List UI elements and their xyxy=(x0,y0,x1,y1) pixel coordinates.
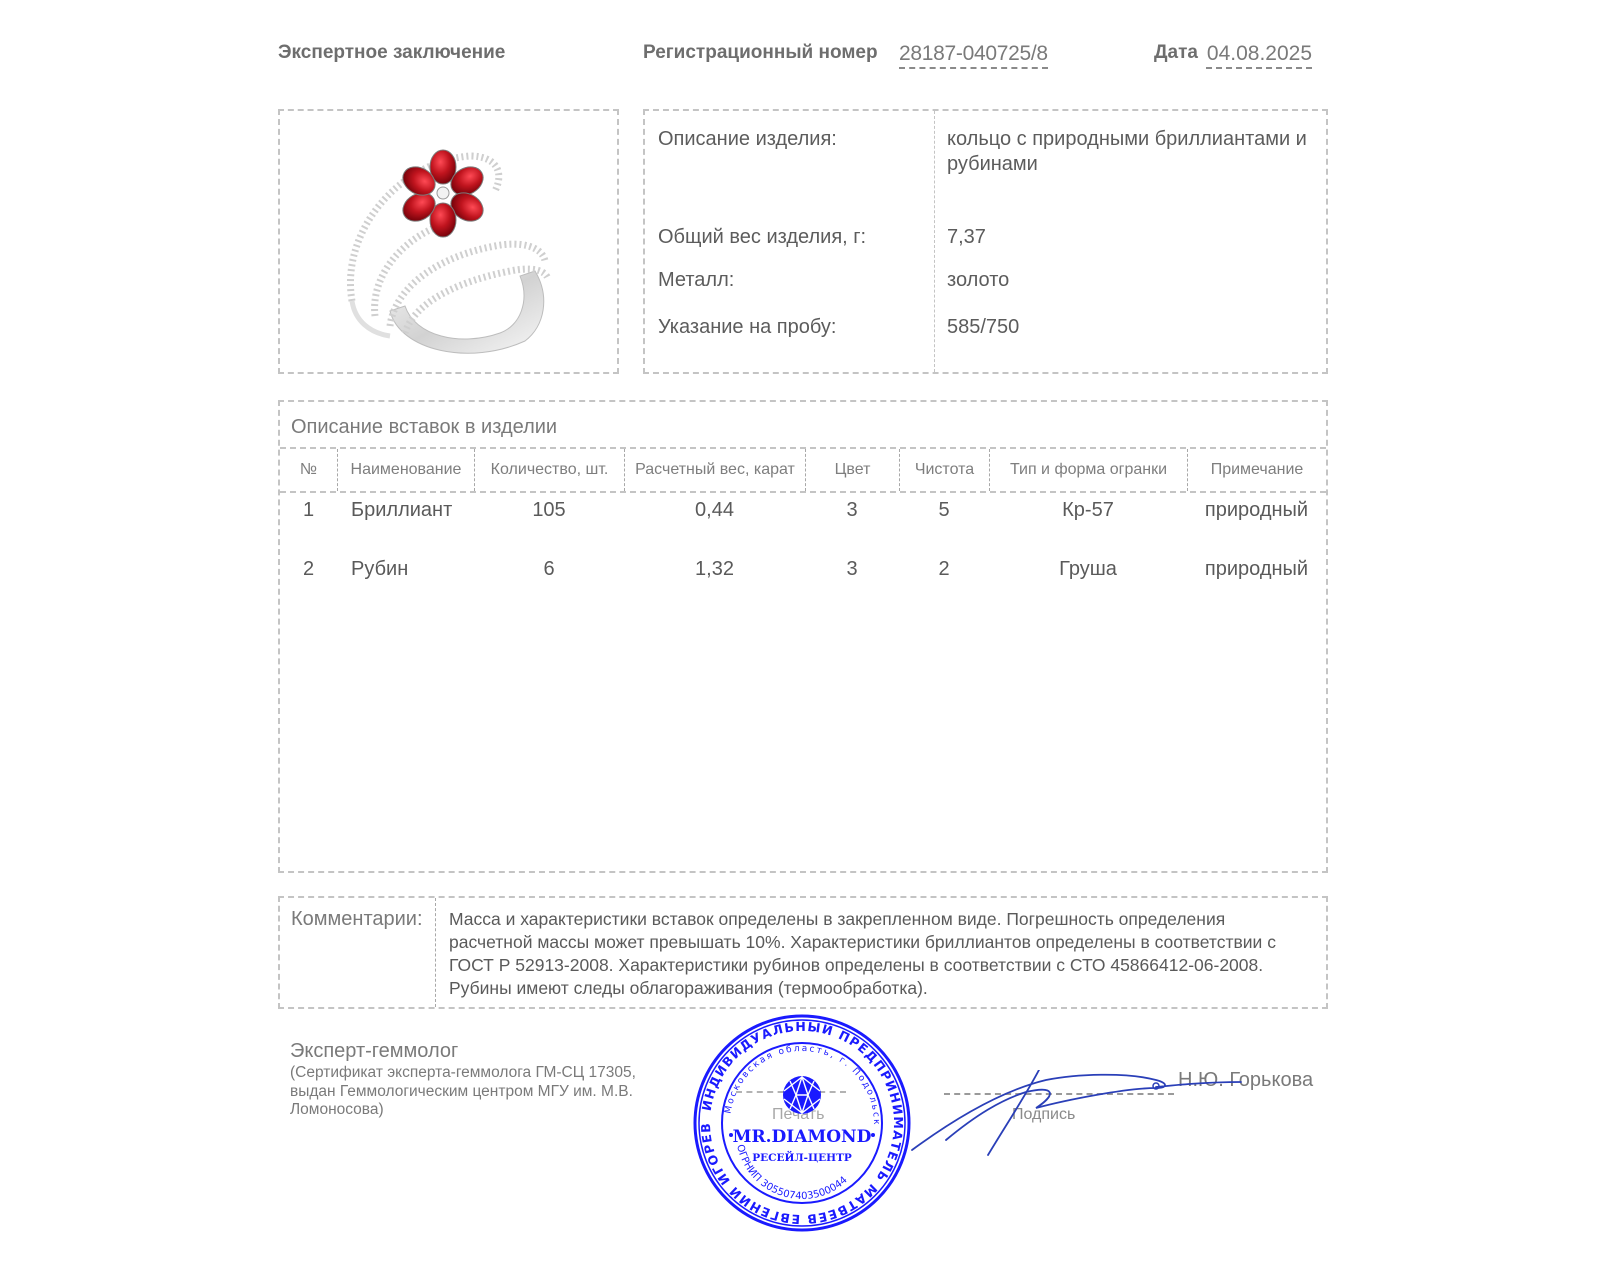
metal-value: золото xyxy=(947,268,1322,293)
expert-certificate: (Сертификат эксперта-геммолога ГМ-СЦ 173… xyxy=(290,1064,670,1120)
total-weight-label: Общий вес изделия, г: xyxy=(658,226,866,249)
cell-quantity: 6 xyxy=(474,558,624,581)
hallmark-value: 585/750 xyxy=(947,315,1322,340)
description-label: Описание изделия: xyxy=(658,128,837,151)
comments-text: Масса и характеристики вставок определен… xyxy=(449,908,1324,1000)
cell-color: 3 xyxy=(805,499,899,522)
stamp-subtitle: РЕСЕЙЛ-ЦЕНТР xyxy=(752,1149,852,1164)
company-stamp: ИНДИВИДУАЛЬНЫЙ ПРЕДПРИНИМАТЕЛЬ МАТВЕЕВ Е… xyxy=(692,1013,912,1238)
table-row: 2 Рубин 6 1,32 3 2 Груша природный xyxy=(280,558,1326,588)
document-title: Экспертное заключение xyxy=(278,42,505,64)
inserts-title: Описание вставок в изделии xyxy=(291,416,557,439)
product-info-panel: Описание изделия: кольцо с природными бр… xyxy=(643,109,1328,374)
cell-number: 1 xyxy=(280,499,337,522)
hallmark-label: Указание на пробу: xyxy=(658,316,836,339)
col-quantity: Количество, шт. xyxy=(474,449,624,491)
cell-weight: 1,32 xyxy=(624,558,805,581)
cell-cut: Груша xyxy=(989,558,1187,581)
date-value: 04.08.2025 xyxy=(1206,42,1312,69)
comment-line: Рубины имеют следы облагораживания (терм… xyxy=(449,977,1324,1000)
cell-name: Рубин xyxy=(351,558,476,581)
col-note: Примечание xyxy=(1187,449,1326,491)
cell-note: природный xyxy=(1187,499,1326,522)
cell-clarity: 2 xyxy=(899,558,989,581)
cell-number: 2 xyxy=(280,558,337,581)
cell-clarity: 5 xyxy=(899,499,989,522)
comment-line: ГОСТ Р 52913-2008. Характеристики рубино… xyxy=(449,954,1324,977)
diamond-logo-icon xyxy=(783,1076,821,1114)
inserts-table-panel: Описание вставок в изделии № Наименовани… xyxy=(278,400,1328,873)
col-cut: Тип и форма огранки xyxy=(989,449,1187,491)
info-column-divider xyxy=(934,111,935,372)
comment-line: Масса и характеристики вставок определен… xyxy=(449,908,1324,931)
col-weight: Расчетный вес, карат xyxy=(624,449,805,491)
cell-weight: 0,44 xyxy=(624,499,805,522)
description-value: кольцо с природными бриллиантами и рубин… xyxy=(947,127,1322,177)
comment-line: расчетной массы может превышать 10%. Хар… xyxy=(449,931,1324,954)
cell-note: природный xyxy=(1187,558,1326,581)
col-color: Цвет xyxy=(805,449,899,491)
product-photo-frame xyxy=(278,109,619,374)
col-name: Наименование xyxy=(337,449,474,491)
cell-cut: Кр-57 xyxy=(989,499,1187,522)
date-label: Дата xyxy=(1154,42,1198,64)
registration-number-label: Регистрационный номер xyxy=(643,42,878,64)
cell-color: 3 xyxy=(805,558,899,581)
comments-label: Комментарии: xyxy=(291,908,423,931)
total-weight-value: 7,37 xyxy=(947,225,1322,250)
metal-label: Металл: xyxy=(658,269,734,292)
stamp-brand: MR.DIAMOND xyxy=(733,1127,872,1147)
ring-photo-icon xyxy=(280,111,617,372)
col-clarity: Чистота xyxy=(899,449,989,491)
inserts-table-header: № Наименование Количество, шт. Расчетный… xyxy=(280,447,1326,493)
comments-divider xyxy=(435,898,436,1007)
expert-title: Эксперт-геммолог xyxy=(290,1040,458,1063)
cell-name: Бриллиант xyxy=(351,499,476,522)
comments-panel: Комментарии: Масса и характеристики вста… xyxy=(278,896,1328,1009)
col-number: № xyxy=(280,449,337,491)
table-row: 1 Бриллиант 105 0,44 3 5 Кр-57 природный xyxy=(280,499,1326,529)
cell-quantity: 105 xyxy=(474,499,624,522)
handwritten-signature xyxy=(906,1070,1246,1175)
registration-number-value: 28187-040725/8 xyxy=(899,42,1048,69)
